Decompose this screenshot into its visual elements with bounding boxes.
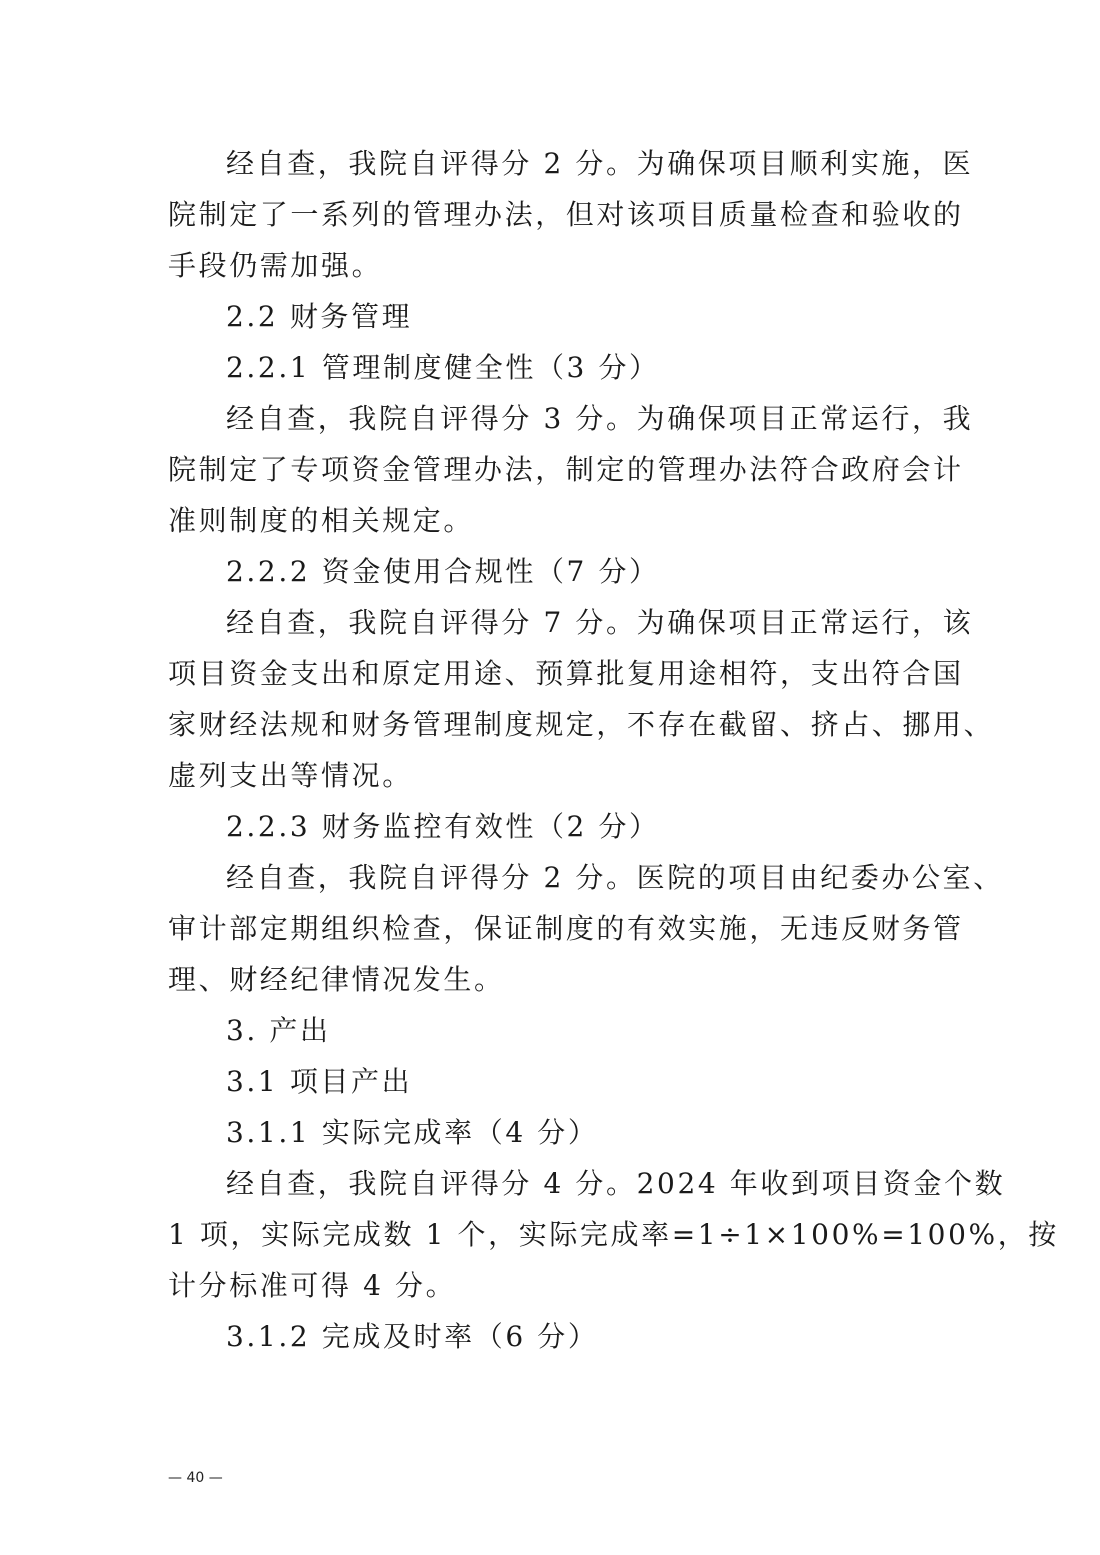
- paragraph-line: 经自查，我院自评得分 7 分。为确保项目正常运行，该: [168, 597, 936, 648]
- paragraph-line: 经自查，我院自评得分 2 分。为确保项目顺利实施，医: [168, 138, 936, 189]
- section-heading-3-1-1: 3.1.1 实际完成率（4 分）: [168, 1107, 936, 1158]
- paragraph-line: 审计部定期组织检查，保证制度的有效实施，无违反财务管: [168, 903, 936, 954]
- section-heading-3-1-2: 3.1.2 完成及时率（6 分）: [168, 1311, 936, 1362]
- paragraph-line: 手段仍需加强。: [168, 240, 936, 291]
- section-heading-2-2: 2.2 财务管理: [168, 291, 936, 342]
- paragraph-line: 项目资金支出和原定用途、预算批复用途相符，支出符合国: [168, 648, 936, 699]
- section-heading-2-2-3: 2.2.3 财务监控有效性（2 分）: [168, 801, 936, 852]
- paragraph-line: 院制定了专项资金管理办法，制定的管理办法符合政府会计: [168, 444, 936, 495]
- paragraph-line: 理、财经纪律情况发生。: [168, 954, 936, 1005]
- section-heading-3-1: 3.1 项目产出: [168, 1056, 936, 1107]
- paragraph-line: 虚列支出等情况。: [168, 750, 936, 801]
- paragraph-line: 1 项，实际完成数 1 个，实际完成率=1÷1×100%=100%，按: [168, 1209, 936, 1260]
- page-number: — 40 —: [168, 1470, 223, 1486]
- paragraph-line: 计分标准可得 4 分。: [168, 1260, 936, 1311]
- paragraph-line: 经自查，我院自评得分 4 分。2024 年收到项目资金个数: [168, 1158, 936, 1209]
- paragraph-line: 院制定了一系列的管理办法，但对该项目质量检查和验收的: [168, 189, 936, 240]
- paragraph-line: 准则制度的相关规定。: [168, 495, 936, 546]
- paragraph-line: 经自查，我院自评得分 2 分。医院的项目由纪委办公室、: [168, 852, 936, 903]
- paragraph-line: 经自查，我院自评得分 3 分。为确保项目正常运行，我: [168, 393, 936, 444]
- section-heading-2-2-1: 2.2.1 管理制度健全性（3 分）: [168, 342, 936, 393]
- section-heading-3: 3. 产出: [168, 1005, 936, 1056]
- paragraph-line: 家财经法规和财务管理制度规定，不存在截留、挤占、挪用、: [168, 699, 936, 750]
- section-heading-2-2-2: 2.2.2 资金使用合规性（7 分）: [168, 546, 936, 597]
